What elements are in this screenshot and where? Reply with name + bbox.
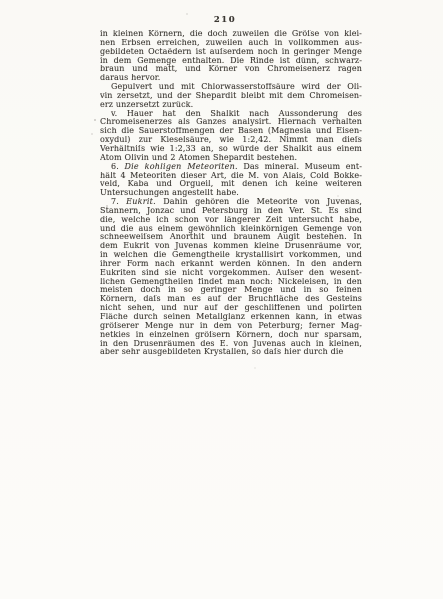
text-segment: Fläche durch seinen Metallglanz erkennen… xyxy=(100,313,362,321)
text-line: veld, Kaba und Orgueil, mit denen ich ke… xyxy=(100,180,362,189)
text-line: aber sehr ausgebildeten Krystallen, so d… xyxy=(100,348,362,357)
text-segment: braun und matt, und Körner von Chromeise… xyxy=(100,65,362,73)
text-segment: Untersuchungen angestellt habe. xyxy=(100,189,239,197)
text-line: gebildeten Octaëdern ist auſserdem noch … xyxy=(100,48,362,57)
text-line: meisten doch in so geringer Menge und in… xyxy=(100,286,362,295)
text-segment: dem Eukrit von Juvenas kommen kleine Dru… xyxy=(100,242,362,250)
italic-term: Eukrit. xyxy=(126,198,156,206)
text-block: in kleinen Körnern, die doch zuweilen di… xyxy=(100,30,362,357)
text-line: Eukriten sind sie nicht vorgekommen. Auſ… xyxy=(100,269,362,278)
text-line: 7. Eukrit. Dahin gehören die Meteorite v… xyxy=(100,198,362,207)
text-segment: meisten doch in so geringer Menge und in… xyxy=(100,286,362,294)
text-line: v. Hauer hat den Shalkit nach Aussonderu… xyxy=(100,110,362,119)
text-line: Stannern, Jonzac und Petersburg in den V… xyxy=(100,207,362,216)
text-segment: Verhältniſs wie 1:2,33 an, so würde der … xyxy=(100,145,362,153)
text-line: in den Drusenräumen des E. von Juvenas a… xyxy=(100,340,362,349)
text-line: in dem Gemenge enthalten. Die Rinde ist … xyxy=(100,57,362,66)
text-line: braun und matt, und Körner von Chromeise… xyxy=(100,65,362,74)
text-line: Verhältniſs wie 1:2,33 an, so würde der … xyxy=(100,145,362,154)
text-line: ihrer Form nach erkannt werden können. I… xyxy=(100,260,362,269)
text-line: Chromeisenerzes als Ganzes analysirt. Hi… xyxy=(100,118,362,127)
text-line: Atom Olivin und 2 Atomen Shepardit beste… xyxy=(100,154,362,163)
text-segment: erz unzersetzt zurück. xyxy=(100,101,193,109)
text-segment: hält 4 Meteoriten dieser Art, die M. von… xyxy=(100,172,362,180)
text-line: oxydul) zur Kieselsäure, wie 1:2,42. Nim… xyxy=(100,136,362,145)
text-segment: Dahin gehören die Meteorite von Juvenas, xyxy=(156,198,362,206)
text-segment: in dem Gemenge enthalten. Die Rinde ist … xyxy=(100,57,362,65)
text-line: dem Eukrit von Juvenas kommen kleine Dru… xyxy=(100,242,362,251)
text-segment: daraus hervor. xyxy=(100,74,160,82)
text-line: erz unzersetzt zurück. xyxy=(100,101,362,110)
text-segment: nen Erbsen erreichen, zuweilen auch in v… xyxy=(100,39,362,47)
text-line: daraus hervor. xyxy=(100,74,362,83)
text-line: netkies in einzelnen gröſsern Körnern, d… xyxy=(100,331,362,340)
text-segment: schneeweiſsem Anorthit und braunem Augit… xyxy=(100,233,362,241)
text-segment: Gepulvert und mit Chlorwasserstoffsäure … xyxy=(111,83,362,91)
text-segment: aber sehr ausgebildeten Krystallen, so d… xyxy=(100,348,343,356)
text-segment: ihrer Form nach erkannt werden können. I… xyxy=(100,260,362,268)
text-segment: in welchen die Gemengtheile krystallisir… xyxy=(100,251,362,259)
text-segment: in kleinen Körnern, die doch zuweilen di… xyxy=(100,30,362,38)
text-line: vin zersetzt, und der Shepardit bleibt m… xyxy=(100,92,362,101)
text-segment: v. Hauer hat den Shalkit nach Aussonderu… xyxy=(111,110,362,118)
text-segment: oxydul) zur Kieselsäure, wie 1:2,42. Nim… xyxy=(100,136,362,144)
text-segment: gebildeten Octaëdern ist auſserdem noch … xyxy=(100,48,362,56)
text-line: 6. Die kohligen Meteoriten. Das mineral.… xyxy=(100,163,362,172)
text-segment: in den Drusenräumen des E. von Juvenas a… xyxy=(100,340,362,348)
text-line: gröſserer Menge nur in dem von Peterburg… xyxy=(100,322,362,331)
text-segment: veld, Kaba und Orgueil, mit denen ich ke… xyxy=(100,180,362,188)
text-segment: Eukriten sind sie nicht vorgekommen. Auſ… xyxy=(100,269,362,277)
text-line: in welchen die Gemengtheile krystallisir… xyxy=(100,251,362,260)
text-line: Untersuchungen angestellt habe. xyxy=(100,189,362,198)
text-segment: sich die Sauerstoffmengen der Basen (Mag… xyxy=(100,127,362,135)
text-segment: netkies in einzelnen gröſsern Körnern, d… xyxy=(100,331,362,339)
page-number: 210 xyxy=(100,15,350,25)
text-line: sich die Sauerstoffmengen der Basen (Mag… xyxy=(100,127,362,136)
text-segment: lichen Gemengtheilen findet man noch: Ni… xyxy=(100,278,362,286)
book-page: 210 in kleinen Körnern, die doch zuweile… xyxy=(0,0,443,599)
text-line: nen Erbsen erreichen, zuweilen auch in v… xyxy=(100,39,362,48)
text-line: nicht sehen, und nur auf der geschliffen… xyxy=(100,304,362,313)
text-line: in kleinen Körnern, die doch zuweilen di… xyxy=(100,30,362,39)
text-segment: und die aus einem gewöhnlich kleinkörnig… xyxy=(100,225,362,233)
text-line: Gepulvert und mit Chlorwasserstoffsäure … xyxy=(100,83,362,92)
text-segment: Körnern, daſs man es auf der Bruchfläche… xyxy=(100,295,362,303)
text-segment: 6. xyxy=(111,163,124,171)
italic-term: Die kohligen Meteoriten. xyxy=(124,163,237,171)
text-segment: Atom Olivin und 2 Atomen Shepardit beste… xyxy=(100,154,297,162)
text-segment: 7. xyxy=(111,198,126,206)
text-segment: gröſserer Menge nur in dem von Peterburg… xyxy=(100,322,362,330)
text-line: die, welche ich schon vor längerer Zeit … xyxy=(100,216,362,225)
text-line: hält 4 Meteoriten dieser Art, die M. von… xyxy=(100,172,362,181)
text-segment: nicht sehen, und nur auf der geschliffen… xyxy=(100,304,362,312)
text-line: und die aus einem gewöhnlich kleinkörnig… xyxy=(100,225,362,234)
text-segment: vin zersetzt, und der Shepardit bleibt m… xyxy=(100,92,362,100)
text-segment: Stannern, Jonzac und Petersburg in den V… xyxy=(100,207,362,215)
text-segment: die, welche ich schon vor längerer Zeit … xyxy=(100,216,362,224)
text-line: lichen Gemengtheilen findet man noch: Ni… xyxy=(100,278,362,287)
text-line: schneeweiſsem Anorthit und braunem Augit… xyxy=(100,233,362,242)
text-segment: Chromeisenerzes als Ganzes analysirt. Hi… xyxy=(100,118,362,126)
text-segment: Das mineral. Museum ent- xyxy=(238,163,362,171)
text-line: Fläche durch seinen Metallglanz erkennen… xyxy=(100,313,362,322)
text-line: Körnern, daſs man es auf der Bruchfläche… xyxy=(100,295,362,304)
